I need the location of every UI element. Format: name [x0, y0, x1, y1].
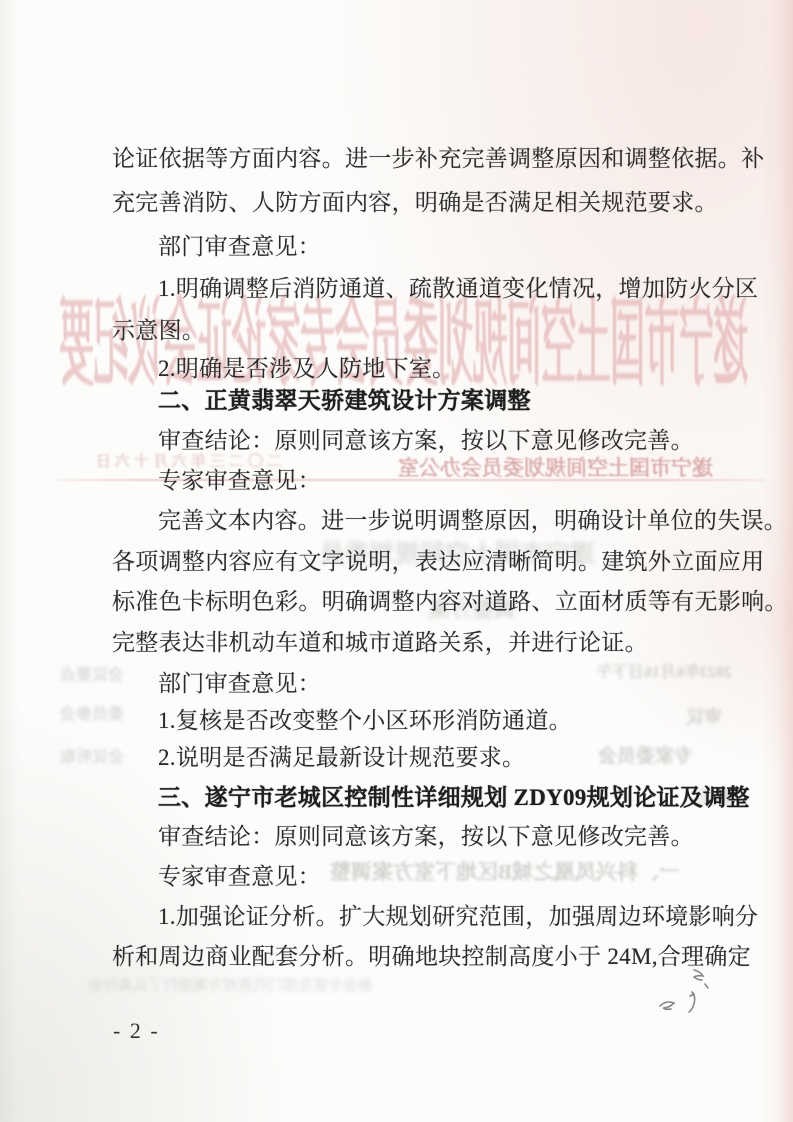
body-line: 论证依据等方面内容。进一步补充完善调整原因和调整依据。补: [112, 146, 764, 172]
bleedthrough-gray-fragment: 审议: [686, 703, 722, 729]
body-line: 审查结论：原则同意该方案，按以下意见修改完善。: [158, 824, 694, 850]
body-line: 示意图。: [112, 318, 205, 344]
body-line: 各项调整内容应有文字说明，表达应清晰简明。建筑外立面应用: [112, 549, 764, 575]
bleedthrough-gray-fragment: 一、科兴凤凰之城B区地下室方案调整: [330, 856, 680, 886]
bleedthrough-gray-fragment: 会议听取: [60, 744, 124, 767]
body-line: 2.说明是否满足最新设计规范要求。: [158, 745, 525, 771]
body-line: 完整表达非机动车道和城市道路关系，并进行论证。: [112, 630, 648, 656]
bleedthrough-gray-fragment: 会议要点: [60, 662, 124, 685]
bleedthrough-gray-fragment: 委员参会: [60, 701, 124, 724]
bleedthrough-gray-fragment: 2023年6月16日下午: [596, 659, 732, 682]
body-line: 审查结论：原则同意该方案，按以下意见修改完善。: [158, 428, 694, 454]
body-line: 专家审查意见：: [158, 864, 321, 890]
bleedthrough-gray-fragment: 参会专家及部门代表对方案进行了认真讨论: [88, 974, 373, 995]
body-line: 1.明确调整后消防通道、疏散通道变化情况，增加防火分区: [158, 276, 758, 302]
body-line: 2.明确是否涉及人防地下室。: [158, 356, 455, 382]
body-line: 部门审查意见：: [158, 234, 321, 260]
body-line: 完善文本内容。进一步说明调整原因，明确设计单位的失误。: [158, 508, 787, 534]
body-line: 标准色卡标明色彩。明确调整内容对道路、立面材质等有无影响。: [112, 589, 788, 615]
section-heading-2: 二、正黄翡翠天骄建筑设计方案调整: [158, 388, 531, 414]
bleedthrough-gray-fragment: 专家委员会: [598, 741, 693, 768]
body-line: 1.加强论证分析。扩大规划研究范围，加强周边环境影响分: [158, 904, 758, 930]
body-line: 1.复核是否改变整个小区环形消防通道。: [158, 708, 572, 734]
body-line: 专家审查意见：: [158, 468, 321, 494]
body-line: 充完善消防、人防方面内容，明确是否满足相关规范要求。: [112, 190, 718, 216]
scanned-document-page: 遂宁市国土空间规划委员会专家论证会议纪要 二〇二三年六月十六日 遂宁市国土空间规…: [0, 0, 793, 1122]
pencil-scribble: [648, 962, 726, 1022]
section-heading-3: 三、遂宁市老城区控制性详细规划 ZDY09规划论证及调整: [158, 785, 750, 811]
bleedthrough-red-office: 遂宁市国土空间规划委员会办公室: [398, 452, 713, 482]
page-number: - 2 -: [113, 1018, 160, 1044]
body-line: 部门审查意见：: [158, 671, 321, 697]
